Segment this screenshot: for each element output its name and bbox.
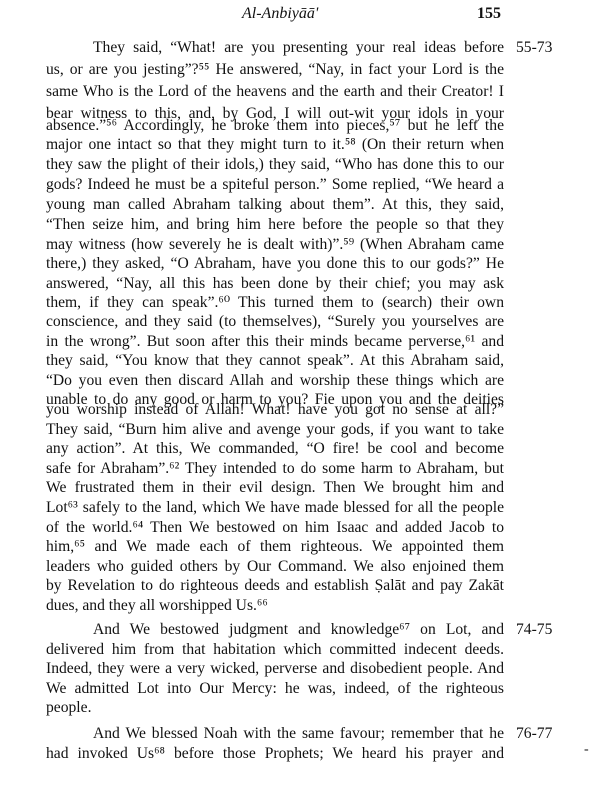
text-line: leaders who guided others by Our Command…: [46, 557, 504, 577]
text-line: We admitted Lot into Our Mercy: he was, …: [46, 679, 504, 699]
margin-mark: -: [584, 742, 589, 758]
text-line: in the wrong”. But soon after this their…: [46, 332, 504, 352]
text-line: him,⁶⁵ and We made each of them righteou…: [46, 537, 504, 557]
text-line: delivered him from that habitation which…: [46, 640, 504, 660]
text-line: safe for Abraham”.⁶² They intended to do…: [46, 459, 504, 479]
text-line: same Who is the Lord of the heavens and …: [46, 82, 504, 102]
text-line: “Then seize him, and bring him here befo…: [46, 215, 504, 235]
text-line: answered, “Nay, all this has been done b…: [46, 274, 504, 294]
text-line: people.: [46, 698, 504, 718]
text-line: gods? Indeed he must be a spiteful perso…: [46, 175, 504, 195]
text-line: And We blessed Noah with the same favour…: [93, 724, 504, 744]
verse-reference: 74-75: [516, 620, 552, 640]
text-line: any action”. At this, We commanded, “O f…: [46, 439, 504, 459]
text-line: We frustrated them in their evil design.…: [46, 478, 504, 498]
text-line: had invoked Us⁶⁸ before those Prophets; …: [46, 744, 504, 764]
page-header: Al-Anbiyāā' 155: [0, 0, 600, 30]
text-line: by Revelation to do righteous deeds and …: [46, 576, 504, 596]
running-title: Al-Anbiyāā': [242, 5, 318, 23]
text-line: them, if they can speak”.⁶⁰ This turned …: [46, 293, 504, 313]
text-line: “Do you even then discard Allah and wors…: [46, 371, 504, 391]
text-line: They said, “Burn him alive and avenge yo…: [46, 420, 504, 440]
text-line: may witness (how severely he is dealt wi…: [46, 235, 504, 255]
page-number: 155: [477, 5, 501, 23]
text-line: absence.”⁵⁶ Accordingly, he broke them i…: [46, 116, 504, 136]
verse-reference: 55-73: [516, 38, 552, 58]
text-line: Indeed, they were a very wicked, pervers…: [46, 659, 504, 679]
text-line: They said, “What! are you presenting you…: [93, 38, 504, 58]
text-line: you worship instead of Allah! What! have…: [46, 400, 504, 420]
text-line: they said, “You know that they cannot sp…: [46, 351, 504, 371]
text-line: major one intact so that they might turn…: [46, 135, 504, 155]
text-line: And We bestowed judgment and knowledge⁶⁷…: [93, 620, 504, 640]
text-line: Lot⁶³ safely to the land, which We have …: [46, 498, 504, 518]
text-line: they saw the plight of their idols,) the…: [46, 155, 504, 175]
text-line: dues, and they all worshipped Us.⁶⁶: [46, 596, 504, 616]
text-line: of the world.⁶⁴ Then We bestowed on him …: [46, 518, 504, 538]
text-line: conscience, and they said (to themselves…: [46, 312, 504, 332]
text-line: young man called Abraham talking about t…: [46, 195, 504, 215]
text-line: us, or are you jesting”?⁵⁵ He answered, …: [46, 60, 504, 80]
verse-reference: 76-77: [516, 724, 552, 744]
text-line: there,) they asked, “O Abraham, have you…: [46, 254, 504, 274]
